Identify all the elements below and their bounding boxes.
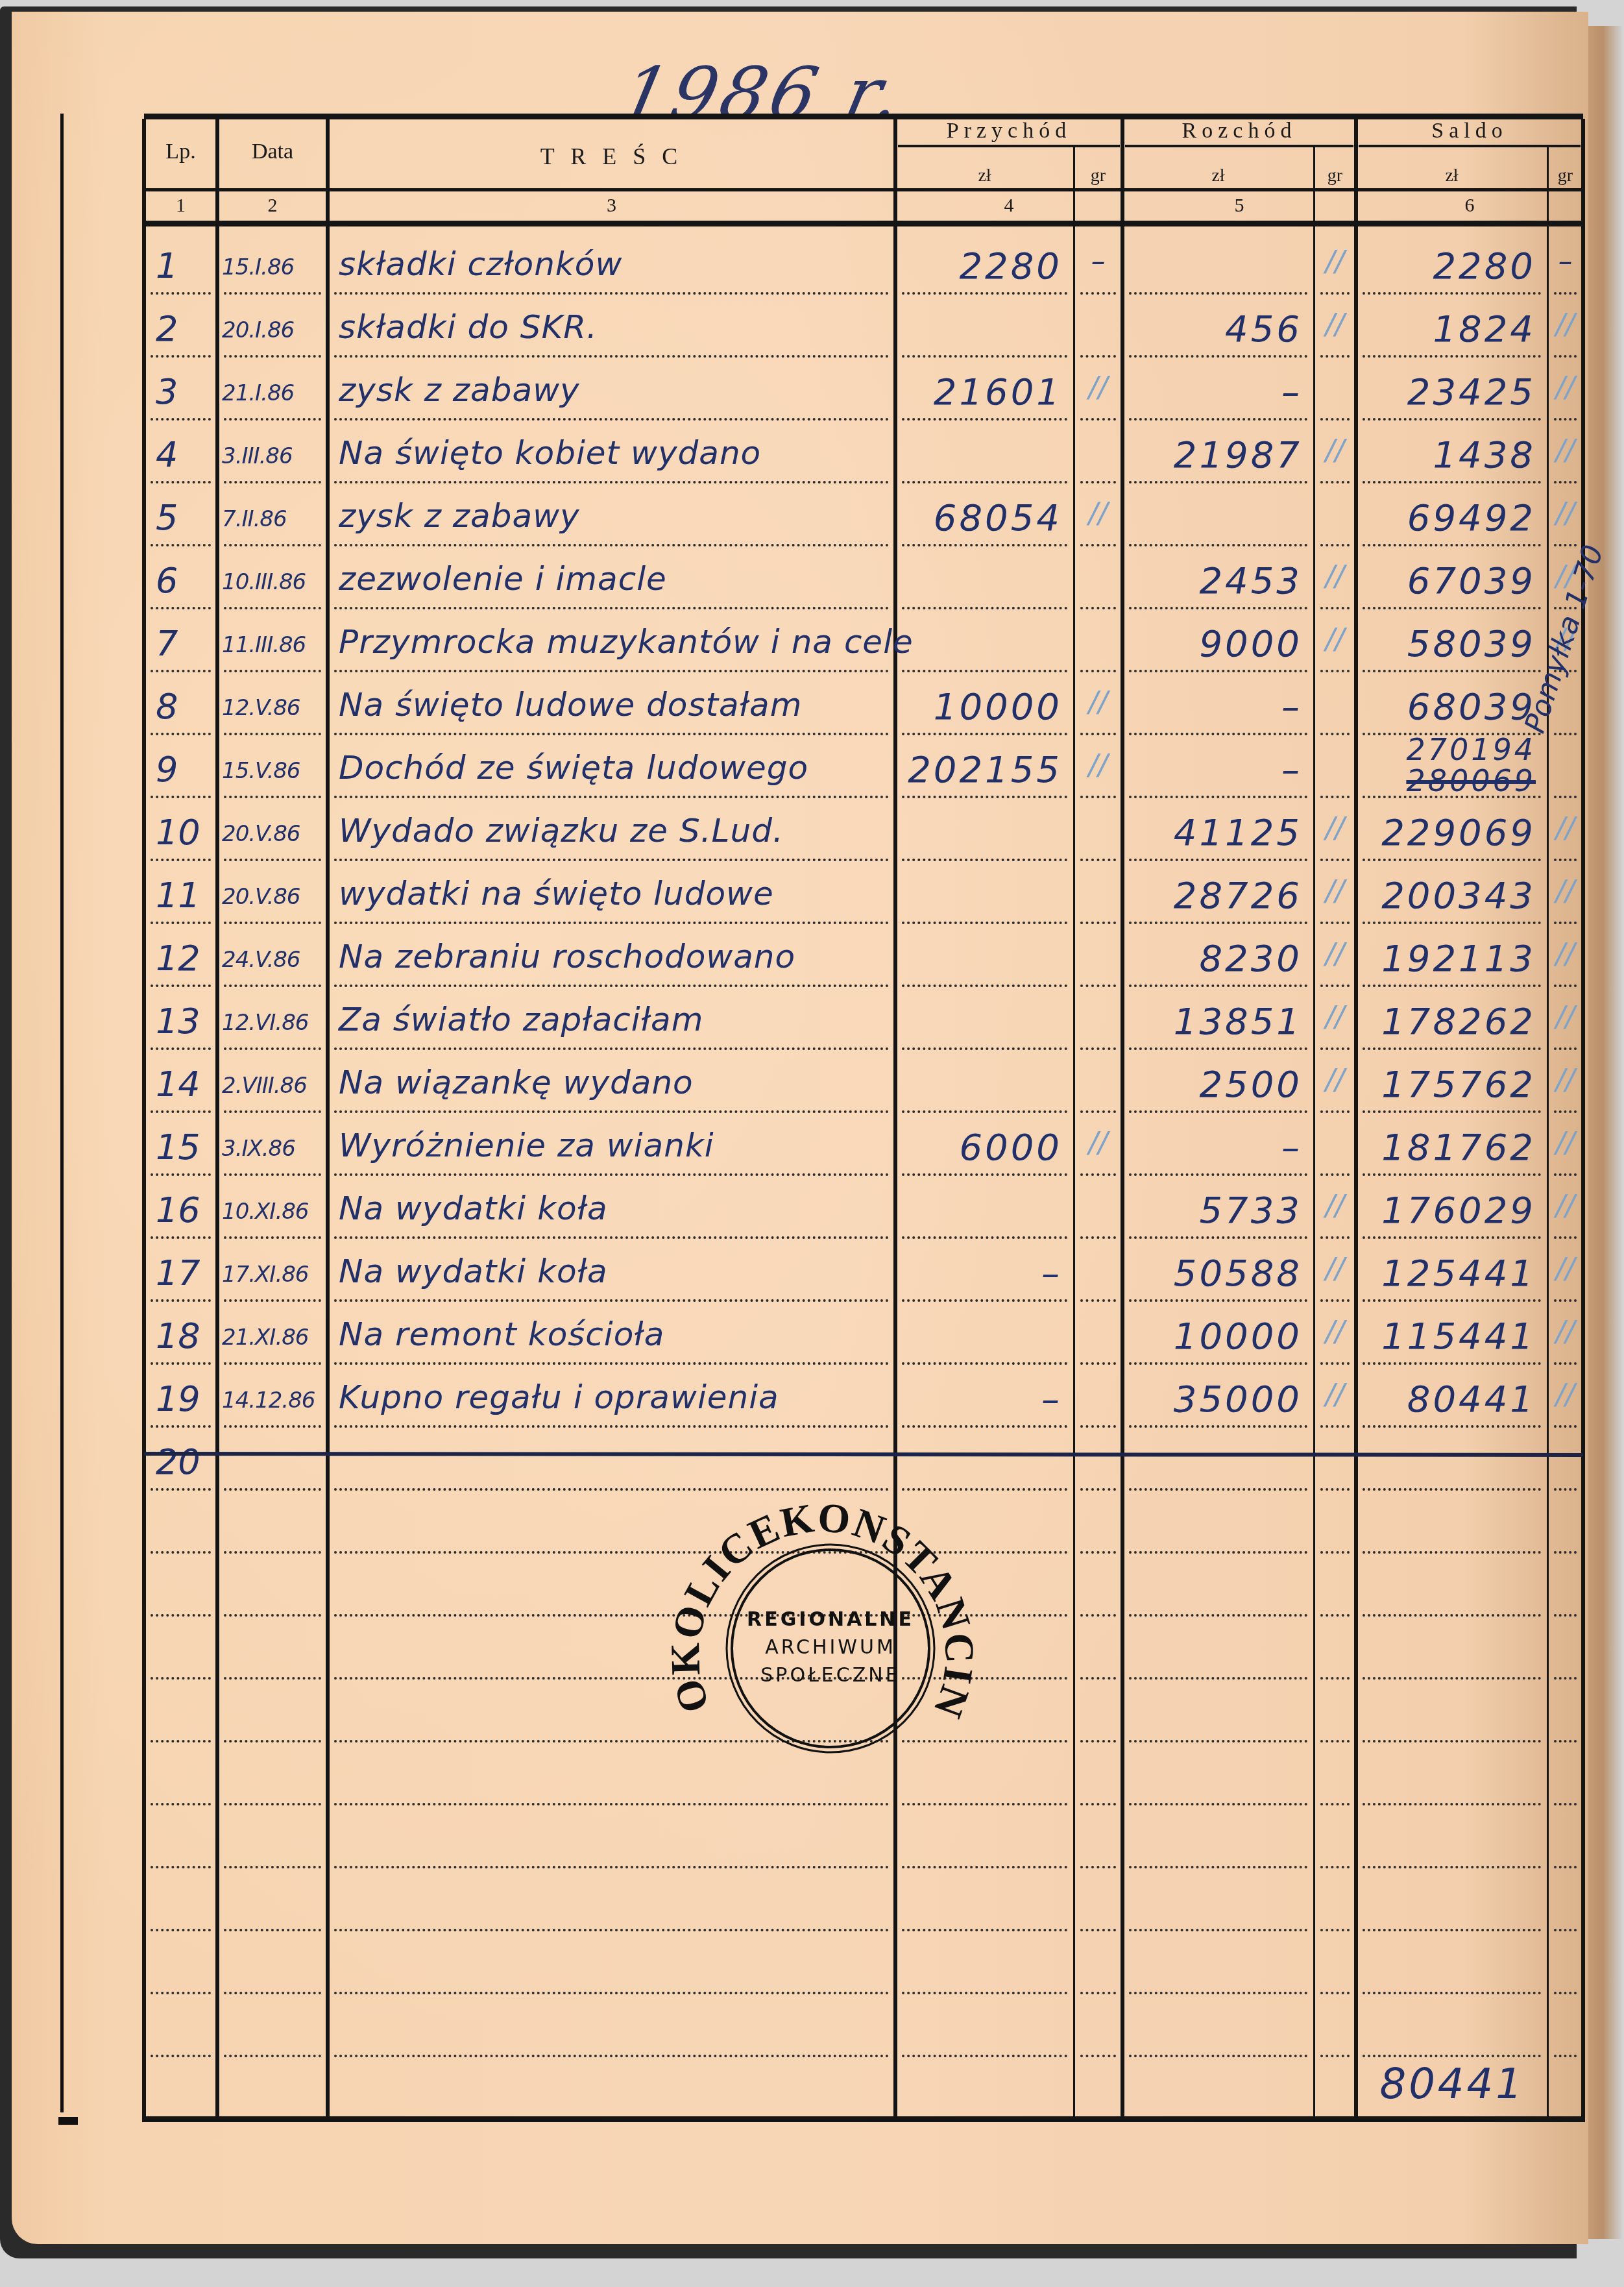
row-rule <box>902 1929 1067 1931</box>
row-rule <box>1320 1173 1350 1176</box>
row-description: Wydado związku ze S.Lud. <box>339 812 890 850</box>
row-number: 7 <box>156 623 214 664</box>
row-date: 2.VIII.86 <box>222 1073 326 1099</box>
row-rule <box>1320 1803 1350 1805</box>
row-description: składki członków <box>339 245 890 283</box>
expense-gr: // <box>1314 1001 1356 1034</box>
table-bottom-border <box>144 2116 1583 2122</box>
income-zl: 202155 <box>903 749 1062 791</box>
row-rule <box>1363 355 1541 358</box>
row-rule <box>1320 1992 1350 1994</box>
row-rule <box>334 1866 889 1868</box>
row-rule <box>1320 985 1350 987</box>
row-rule <box>151 355 211 358</box>
row-number: 19 <box>156 1378 214 1419</box>
balance-gr: // <box>1547 1378 1583 1412</box>
row-rule <box>1129 1362 1307 1365</box>
balance-zl: 125441 <box>1364 1253 1536 1295</box>
row-rule <box>1554 1047 1577 1050</box>
row-rule <box>224 985 321 987</box>
row-number: 1 <box>156 245 214 286</box>
row-rule <box>334 1110 889 1113</box>
row-rule <box>1363 1110 1541 1113</box>
row-rule <box>1129 1236 1307 1239</box>
row-number: 3 <box>156 371 214 412</box>
row-rule <box>1320 1362 1350 1365</box>
row-description: Wyróżnienie za wianki <box>339 1127 890 1164</box>
row-description: składki do SKR. <box>339 308 890 346</box>
row-number: 13 <box>156 1001 214 1042</box>
row-description: Na remont kościoła <box>339 1315 890 1353</box>
row-rule <box>334 544 889 546</box>
balance-gr: // <box>1547 875 1583 908</box>
income-gr: // <box>1074 749 1122 782</box>
row-rule <box>902 1362 1067 1365</box>
row-rule <box>1080 1236 1116 1239</box>
row-rule <box>1363 481 1541 483</box>
row-rule <box>151 1614 211 1617</box>
row-rule <box>1080 1677 1116 1680</box>
row-rule <box>1080 1488 1116 1491</box>
row-rule <box>1554 1929 1577 1931</box>
expense-zl: 2453 <box>1130 560 1302 602</box>
column-border-6 <box>1581 119 1585 2122</box>
row-rule <box>1320 2055 1350 2057</box>
row-rule <box>1320 1488 1350 1491</box>
balance-zl: 2280 <box>1364 245 1536 287</box>
header-balance-gr: gr <box>1547 165 1583 186</box>
expense-zl: – <box>1130 686 1302 728</box>
row-description: wydatki na święto ludowe <box>339 875 890 912</box>
row-rule <box>1554 1866 1577 1868</box>
row-description: Kupno regału i oprawienia <box>339 1378 890 1416</box>
balance-zl: 270194 <box>1364 732 1536 767</box>
row-date: 3.IX.86 <box>222 1136 326 1162</box>
row-rule <box>151 922 211 924</box>
row-rule <box>151 607 211 609</box>
row-rule <box>1080 1929 1116 1931</box>
row-rule <box>1554 1992 1577 1994</box>
row-rule <box>151 670 211 672</box>
row-rule <box>151 859 211 861</box>
row-rule <box>1554 796 1577 798</box>
svg-text:REGIONALNE: REGIONALNE <box>747 1608 914 1631</box>
row-number: 16 <box>156 1190 214 1230</box>
row-rule <box>902 733 1067 735</box>
row-rule <box>1320 1425 1350 1428</box>
row-rule <box>334 418 889 421</box>
colnum-1: 1 <box>144 195 217 217</box>
row-rule <box>224 1866 321 1868</box>
row-rule <box>1320 1929 1350 1931</box>
table-top-border <box>144 114 1583 119</box>
row-rule <box>151 1551 211 1554</box>
row-rule <box>334 1236 889 1239</box>
expense-zl: 21987 <box>1130 434 1302 476</box>
expense-gr: // <box>1314 1378 1356 1412</box>
row-rule <box>1554 1677 1577 1680</box>
row-rule <box>1554 1110 1577 1113</box>
row-rule <box>1080 670 1116 672</box>
row-rule <box>151 544 211 546</box>
expense-zl: 28726 <box>1130 875 1302 917</box>
row-rule <box>1320 1740 1350 1743</box>
row-rule <box>1554 1362 1577 1365</box>
column-border-1 <box>215 119 219 2122</box>
row-description: Na wiązankę wydano <box>339 1064 890 1101</box>
final-balance: 80441 <box>1356 2061 1525 2109</box>
row-rule <box>1320 859 1350 861</box>
row-number: 18 <box>156 1315 214 1356</box>
row-rule <box>1554 1488 1577 1491</box>
row-number: 8 <box>156 686 214 727</box>
row-rule <box>334 1299 889 1302</box>
row-rule <box>334 355 889 358</box>
row-description: Przymrocka muzykantów i na cele <box>339 623 890 661</box>
balance-gr: // <box>1547 371 1583 404</box>
row-rule <box>902 1110 1067 1113</box>
row-rule <box>902 607 1067 609</box>
income-gr: – <box>1074 245 1122 278</box>
row-rule <box>1080 985 1116 987</box>
row-rule <box>151 1236 211 1239</box>
row-rule <box>902 481 1067 483</box>
income-zl: 2280 <box>903 245 1062 287</box>
balance-gr: // <box>1547 1253 1583 1286</box>
row-rule <box>1129 1992 1307 1994</box>
expense-zl: 35000 <box>1130 1378 1302 1421</box>
balance-zl: 176029 <box>1364 1190 1536 1232</box>
expense-zl: 5733 <box>1130 1190 1302 1232</box>
row-rule <box>1554 985 1577 987</box>
row-date: 15.I.86 <box>222 254 326 280</box>
row-number: 14 <box>156 1064 214 1105</box>
row-rule <box>224 1110 321 1113</box>
row-rule <box>151 796 211 798</box>
row-rule <box>151 1173 211 1176</box>
row-rule <box>224 1299 321 1302</box>
expense-gr: // <box>1314 875 1356 908</box>
row-rule <box>1363 292 1541 295</box>
row-rule <box>224 481 321 483</box>
balance-zl: 23425 <box>1364 371 1536 413</box>
row-rule <box>224 1929 321 1931</box>
row-rule <box>902 1866 1067 1868</box>
balance-zl: 67039 <box>1364 560 1536 602</box>
row-rule <box>1080 481 1116 483</box>
row-rule <box>1129 1803 1307 1805</box>
svg-text:SPOŁECZNE: SPOŁECZNE <box>760 1664 900 1687</box>
row-rule <box>1080 1866 1116 1868</box>
row-rule <box>151 1299 211 1302</box>
row-date: 20.I.86 <box>222 317 326 343</box>
row-rule <box>1554 481 1577 483</box>
balance-gr: // <box>1547 497 1583 530</box>
row-rule <box>1080 1551 1116 1554</box>
row-rule <box>1080 2055 1116 2057</box>
row-rule <box>1129 292 1307 295</box>
row-rule <box>151 1047 211 1050</box>
row-rule <box>224 1362 321 1365</box>
balance-gr: // <box>1547 1127 1583 1160</box>
row-rule <box>1554 2055 1577 2057</box>
row-rule <box>1320 1236 1350 1239</box>
row-rule <box>1554 859 1577 861</box>
row-description: Za światło zapłaciłam <box>339 1001 890 1038</box>
row-rule <box>334 1362 889 1365</box>
row-rule <box>1554 544 1577 546</box>
row-rule <box>334 1929 889 1931</box>
row-rule <box>1129 985 1307 987</box>
row-rule <box>1554 1740 1577 1743</box>
row-rule <box>224 796 321 798</box>
row-rule <box>1363 1740 1541 1743</box>
row-rule <box>1363 1677 1541 1680</box>
struck-balance: 280069 <box>1364 763 1536 798</box>
row-rule <box>1080 1992 1116 1994</box>
row-description: Na zebraniu roschodowano <box>339 938 890 975</box>
row-rule <box>334 607 889 609</box>
colnum-4: 4 <box>895 195 1122 217</box>
column-border-0 <box>142 119 146 2122</box>
row-rule <box>1554 1551 1577 1554</box>
row-rule <box>224 1425 321 1428</box>
row-rule <box>1363 418 1541 421</box>
row-date: 11.III.86 <box>222 632 326 658</box>
row-rule <box>224 1614 321 1617</box>
column-border-5 <box>1354 119 1358 2122</box>
row-rule <box>1554 1803 1577 1805</box>
row-number: 10 <box>156 812 214 853</box>
row-rule <box>1320 292 1350 295</box>
row-date: 21.I.86 <box>222 380 326 406</box>
row-date: 10.XI.86 <box>222 1199 326 1225</box>
row-rule <box>1363 1488 1541 1491</box>
row-rule <box>1363 1803 1541 1805</box>
row-rule <box>902 985 1067 987</box>
expense-gr: // <box>1314 1064 1356 1097</box>
row-rule <box>1080 1362 1116 1365</box>
row-rule <box>1363 1299 1541 1302</box>
header-income-gr: gr <box>1074 165 1122 186</box>
balance-gr: // <box>1547 1190 1583 1223</box>
row-date: 3.III.86 <box>222 443 326 469</box>
row-rule <box>1080 355 1116 358</box>
header-balance: Saldo <box>1356 119 1583 143</box>
row-rule <box>1129 481 1307 483</box>
row-rule <box>1320 1047 1350 1050</box>
row-rule <box>1554 1173 1577 1176</box>
row-rule <box>224 544 321 546</box>
row-date: 12.V.86 <box>222 695 326 721</box>
row-rule <box>224 1488 321 1491</box>
column-border-2 <box>326 119 330 2122</box>
row-rule <box>1554 355 1577 358</box>
row-rule <box>1320 1551 1350 1554</box>
row-rule <box>1320 481 1350 483</box>
row-rule <box>902 2055 1067 2057</box>
header-lp: Lp. <box>144 140 217 164</box>
row-rule <box>1554 292 1577 295</box>
row-rule <box>1129 922 1307 924</box>
row-rule <box>151 481 211 483</box>
row-rule <box>151 292 211 295</box>
expense-gr: // <box>1314 434 1356 467</box>
row-rule <box>1320 1866 1350 1868</box>
row-rule <box>1363 859 1541 861</box>
row-rule <box>1080 1614 1116 1617</box>
row-rule <box>1129 1929 1307 1931</box>
colnum-3: 3 <box>328 195 895 217</box>
row-rule <box>1129 2055 1307 2057</box>
row-rule <box>151 2055 211 2057</box>
row-rule <box>1363 670 1541 672</box>
expense-zl: 2500 <box>1130 1064 1302 1106</box>
row-rule <box>224 1740 321 1743</box>
balance-gr: // <box>1547 308 1583 341</box>
row-number: 4 <box>156 434 214 475</box>
row-description: zysk z zabawy <box>339 371 890 409</box>
row-description: Na święto kobiet wydano <box>339 434 890 472</box>
margin-rule-end <box>58 2117 78 2125</box>
expense-gr: // <box>1314 245 1356 278</box>
row-number: 17 <box>156 1253 214 1293</box>
row-rule <box>1129 607 1307 609</box>
row-date: 24.V.86 <box>222 947 326 973</box>
row-rule <box>1080 1047 1116 1050</box>
row-number: 2 <box>156 308 214 349</box>
row-rule <box>224 1551 321 1554</box>
row-rule <box>1320 1299 1350 1302</box>
colnum-5: 5 <box>1122 195 1356 217</box>
row-description: Na wydatki koła <box>339 1190 890 1227</box>
colnum-6: 6 <box>1356 195 1583 217</box>
expense-zl: 10000 <box>1130 1315 1302 1358</box>
row-rule <box>1363 1992 1541 1994</box>
row-number: 20 <box>156 1441 214 1482</box>
row-rule <box>1129 796 1307 798</box>
row-rule <box>224 607 321 609</box>
expense-gr: // <box>1314 938 1356 971</box>
row-rule <box>151 985 211 987</box>
row-rule <box>902 355 1067 358</box>
row-description: zezwolenie i imacle <box>339 560 890 598</box>
row-rule <box>224 355 321 358</box>
income-gr: // <box>1074 497 1122 530</box>
row-rule <box>1320 1614 1350 1617</box>
balance-gr: – <box>1547 245 1583 278</box>
row-rule <box>151 1992 211 1994</box>
row-rule <box>1129 1677 1307 1680</box>
row-rule <box>334 292 889 295</box>
row-rule <box>224 1173 321 1176</box>
row-rule <box>151 1677 211 1680</box>
expense-zl: 9000 <box>1130 623 1302 665</box>
row-date: 20.V.86 <box>222 821 326 847</box>
row-rule <box>1080 607 1116 609</box>
row-rule <box>902 796 1067 798</box>
income-gr: // <box>1074 686 1122 719</box>
expense-zl: – <box>1130 371 1302 413</box>
row-rule <box>1320 544 1350 546</box>
expense-zl: – <box>1130 749 1302 791</box>
row-number: 15 <box>156 1127 214 1168</box>
row-rule <box>1129 1110 1307 1113</box>
row-rule <box>334 1173 889 1176</box>
row-rule <box>902 418 1067 421</box>
balance-zl: 175762 <box>1364 1064 1536 1106</box>
header-content: T R E Ś C <box>328 143 895 170</box>
balance-zl: 69492 <box>1364 497 1536 539</box>
header-expense-gr: gr <box>1314 165 1356 186</box>
row-rule <box>1320 733 1350 735</box>
row-rule <box>1320 418 1350 421</box>
row-rule <box>151 1425 211 1428</box>
row-rule <box>334 859 889 861</box>
row-rule <box>1080 1173 1116 1176</box>
row-description: Na święto ludowe dostałam <box>339 686 890 724</box>
subheader-divider-1 <box>1125 145 1353 147</box>
row-rule <box>902 922 1067 924</box>
row-rule <box>224 1236 321 1239</box>
balance-gr: // <box>1547 1064 1583 1097</box>
balance-zl: 80441 <box>1364 1378 1536 1421</box>
row-rule <box>151 1929 211 1931</box>
row-rule <box>151 1866 211 1868</box>
header-income: Przychód <box>895 119 1122 143</box>
column-border-3 <box>893 119 897 2122</box>
row-rule <box>1363 1173 1541 1176</box>
row-number: 12 <box>156 938 214 979</box>
balance-zl: 1438 <box>1364 434 1536 476</box>
row-rule <box>1320 670 1350 672</box>
row-rule <box>151 1803 211 1805</box>
balance-zl: 178262 <box>1364 1001 1536 1043</box>
row-rule <box>334 922 889 924</box>
row-rule <box>1320 796 1350 798</box>
row-rule <box>1080 1740 1116 1743</box>
row-rule <box>902 1047 1067 1050</box>
row-rule <box>1080 544 1116 546</box>
row-rule <box>1129 1299 1307 1302</box>
row-rule <box>1129 1047 1307 1050</box>
row-rule <box>151 1488 211 1491</box>
balance-gr: // <box>1547 1315 1583 1349</box>
row-rule <box>1129 1173 1307 1176</box>
row-rule <box>1363 1614 1541 1617</box>
balance-gr: // <box>1547 434 1583 467</box>
row-rule <box>1363 1425 1541 1428</box>
expense-gr: // <box>1314 623 1356 656</box>
row-rule <box>1363 607 1541 609</box>
expense-gr: // <box>1314 1315 1356 1349</box>
income-gr: // <box>1074 1127 1122 1160</box>
row-rule <box>1129 1488 1307 1491</box>
row-rule <box>1363 544 1541 546</box>
expense-gr: // <box>1314 812 1356 845</box>
income-zl: 10000 <box>903 686 1062 728</box>
row-rule <box>334 1992 889 1994</box>
row-rule <box>1554 1299 1577 1302</box>
row-rule <box>1320 607 1350 609</box>
row-rule <box>334 985 889 987</box>
row-rule <box>224 922 321 924</box>
expense-zl: 8230 <box>1130 938 1302 980</box>
row-rule <box>151 1362 211 1365</box>
expense-gr: // <box>1314 1253 1356 1286</box>
row-rule <box>1363 2055 1541 2057</box>
row-rule <box>1080 922 1116 924</box>
